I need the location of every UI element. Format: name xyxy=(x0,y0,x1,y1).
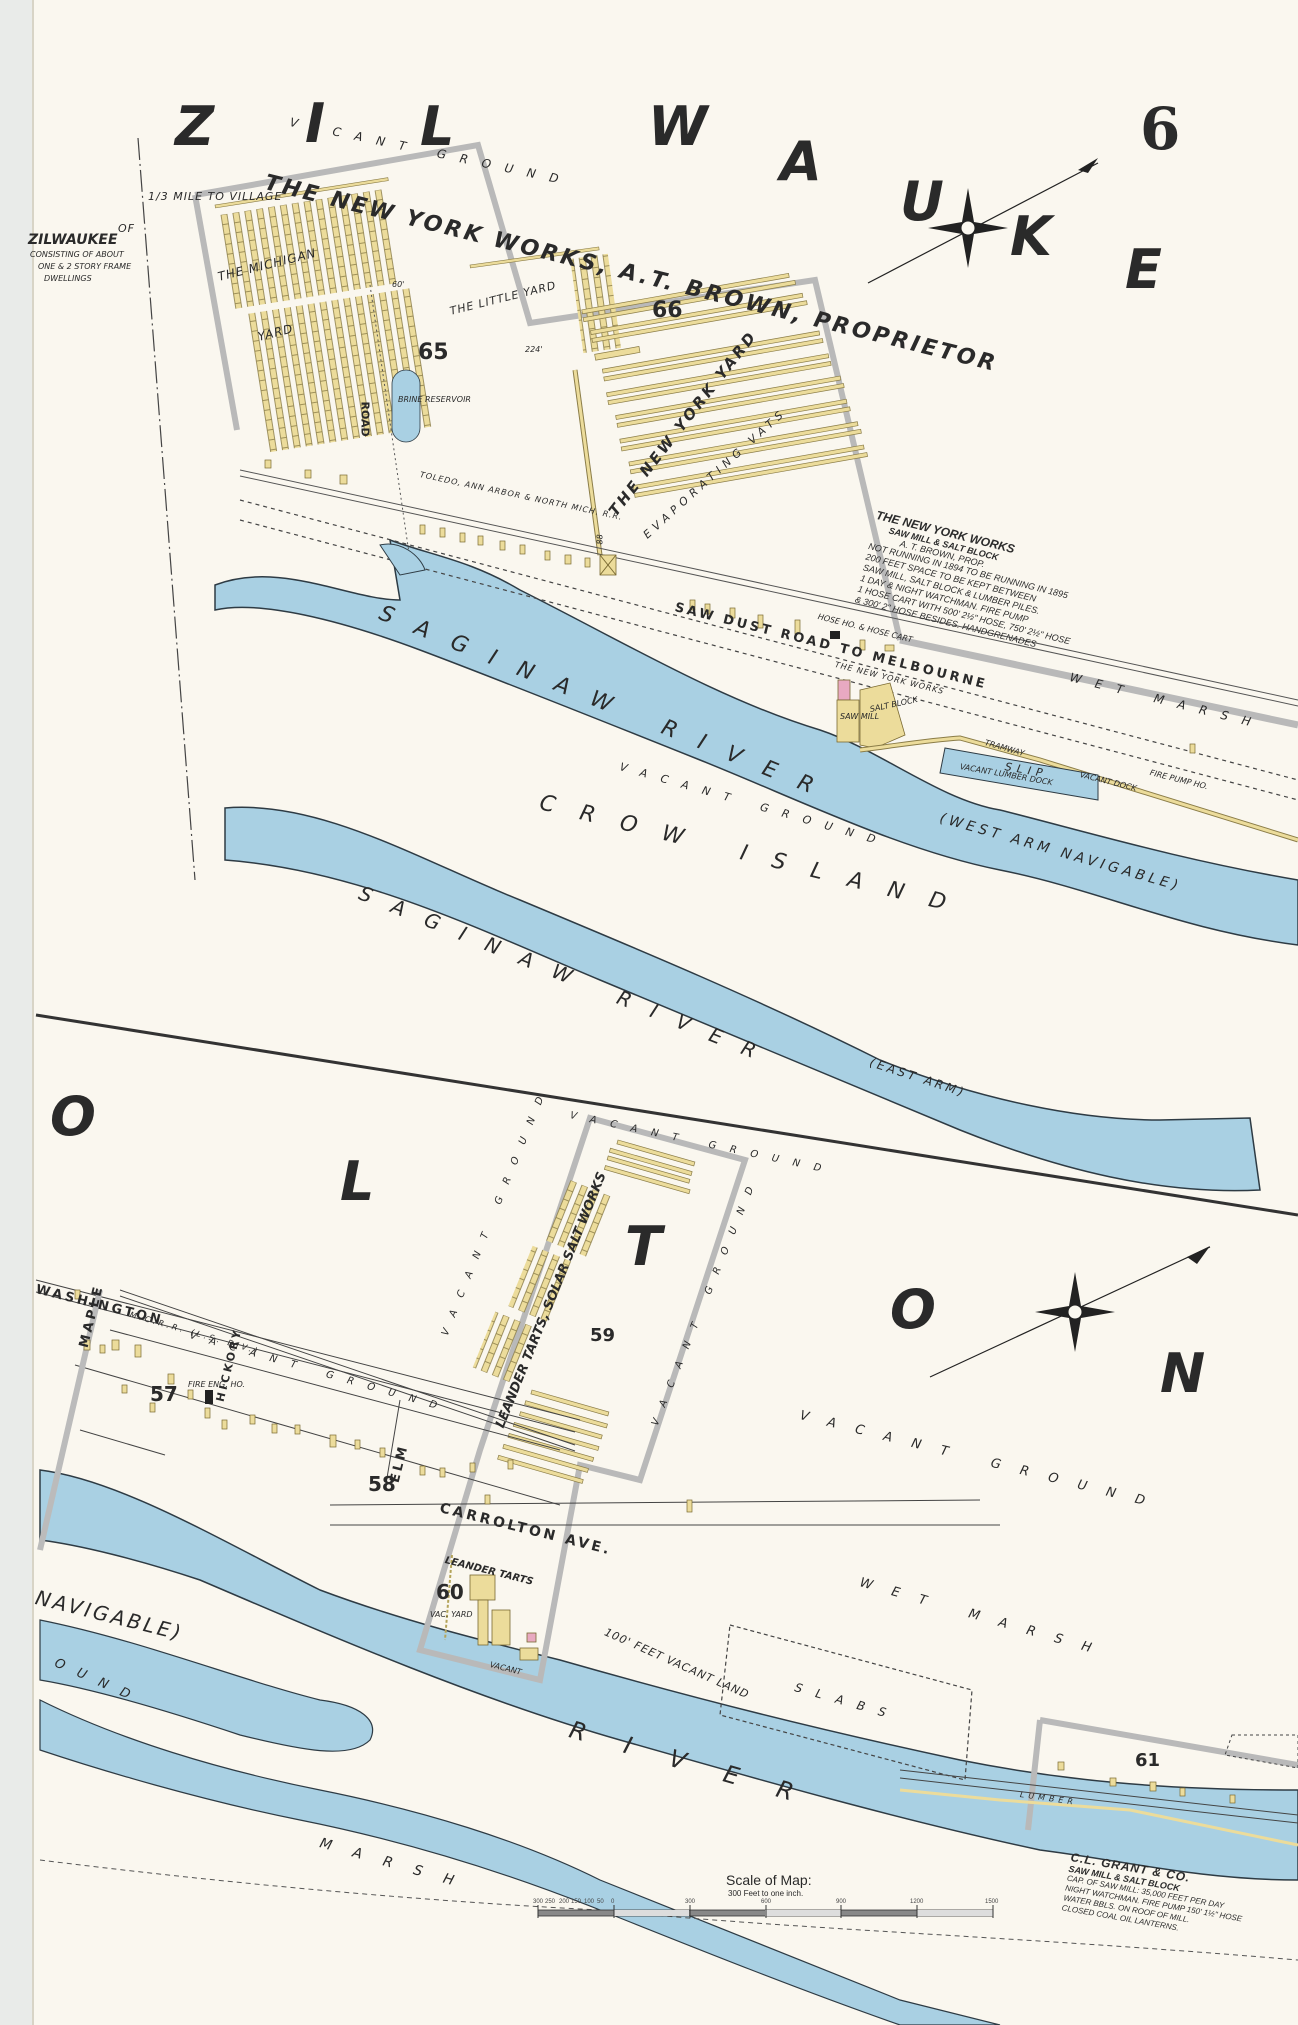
town-letter: K xyxy=(1010,205,1054,268)
scale-subtitle: 300 Feet to one inch. xyxy=(728,1889,803,1898)
block-number-57: 57 xyxy=(150,1382,178,1406)
block-number-58: 58 xyxy=(368,1472,396,1496)
town-letter: O xyxy=(890,1278,938,1341)
town-letter: L xyxy=(340,1150,376,1213)
town-letter: T xyxy=(625,1215,664,1278)
page-number: 6 xyxy=(1140,95,1180,163)
fire-engine-house xyxy=(205,1390,213,1404)
block-number-65: 65 xyxy=(418,340,449,365)
town-letter: O xyxy=(50,1085,98,1148)
town-letter: U xyxy=(900,170,946,233)
brine-reservoir xyxy=(392,370,420,442)
town-letter: Z xyxy=(175,95,216,158)
town-letter: N xyxy=(1160,1342,1207,1405)
village-heading: ZILWAUKEE xyxy=(28,232,118,248)
block-number-59: 59 xyxy=(590,1325,615,1346)
scale-title: Scale of Map: xyxy=(726,1872,812,1888)
block-number-66: 66 xyxy=(652,298,683,323)
town-letter: E xyxy=(1125,238,1164,301)
block-number-61: 61 xyxy=(1135,1750,1160,1771)
town-letter: W xyxy=(648,95,710,158)
leander-tarts-vats xyxy=(604,1139,697,1194)
village-arrow-note: 1/3 MILE TO VILLAGE xyxy=(148,190,282,203)
sanborn-map-sheet: 6 Z I L W A U K E O L T O N THE NEW YORK… xyxy=(0,0,1298,2025)
town-letter: A xyxy=(780,130,824,193)
block-number-60: 60 xyxy=(436,1580,464,1604)
